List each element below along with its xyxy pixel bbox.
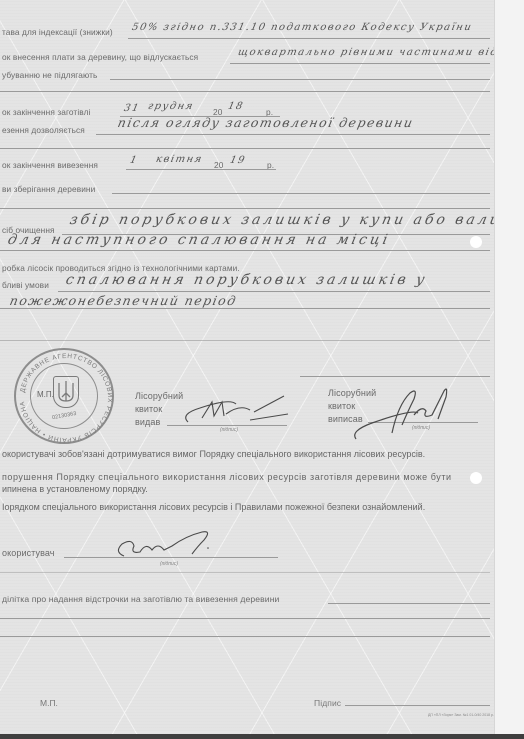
issued-sig-caption: (підпис) bbox=[220, 427, 238, 433]
removal-allowed-value: після огляду заготовленої деревини bbox=[116, 115, 415, 130]
punch-hole bbox=[470, 472, 482, 484]
footer-signature-line bbox=[345, 705, 490, 706]
written-sig-caption: (підпис) bbox=[412, 425, 430, 431]
deferral-line-3 bbox=[0, 636, 490, 637]
violation-text-1: порушення Порядку спеціального використа… bbox=[2, 472, 452, 482]
blank-line-2 bbox=[0, 148, 490, 149]
removal-end-year: 19 bbox=[229, 155, 247, 166]
acquainted-text: Іорядком спеціального використання лісов… bbox=[2, 502, 425, 512]
official-stamp: ДЕРЖАВНЕ АГЕНТСТВО ЛІСОВИХ РЕСУРСІВ УКРА… bbox=[14, 348, 114, 444]
print-info: ДП «ПЛ «Зоря» Зам. №1 01-0/40 2018 р. bbox=[428, 713, 494, 717]
page-right-margin bbox=[494, 0, 524, 734]
special-underline-2 bbox=[0, 308, 490, 309]
cleaning-value-1: збір порубкових залишків у купи або вали bbox=[68, 212, 503, 228]
cleaning-underline-2 bbox=[0, 250, 490, 251]
written-signature bbox=[352, 385, 482, 445]
footer-mp: М.П. bbox=[40, 698, 58, 708]
removal-end-month: квітня bbox=[155, 154, 204, 165]
blank-line-3 bbox=[0, 208, 490, 209]
not-subject-label: убуванню не підлягають bbox=[2, 70, 97, 80]
removal-end-day: 1 bbox=[129, 155, 139, 166]
harvest-end-day: 31 bbox=[123, 103, 141, 114]
storage-label: ви зберігання деревини bbox=[2, 184, 95, 194]
issued-title-3: видав bbox=[135, 417, 160, 427]
user-sig-caption: (підпис) bbox=[160, 561, 178, 567]
cleaning-value-2: для наступного спалювання на місці bbox=[6, 232, 392, 248]
harvest-end-label: ок закінчення заготівлі bbox=[2, 107, 90, 117]
blank-line-1 bbox=[0, 91, 490, 92]
removal-end-underline bbox=[126, 169, 276, 170]
indexation-value: 50% згідно п.331.10 податкового Кодексу … bbox=[131, 22, 474, 33]
punch-hole bbox=[470, 236, 482, 248]
special-value-1: спалювання порубкових залишків у bbox=[64, 272, 429, 288]
issued-title-1: Лісорубний bbox=[135, 391, 183, 401]
special-underline-1 bbox=[58, 291, 490, 292]
blank-line-5 bbox=[300, 376, 490, 377]
indexation-underline bbox=[128, 38, 490, 39]
user-signature-label: окористувач bbox=[2, 548, 55, 558]
deferral-underline bbox=[328, 603, 490, 604]
removal-allowed-label: езення дозволяється bbox=[2, 125, 85, 135]
scan-bottom-edge bbox=[0, 734, 524, 739]
removal-allowed-underline bbox=[96, 134, 490, 135]
issued-title-2: квиток bbox=[135, 404, 162, 414]
special-value-2: пожежонебезпечний період bbox=[8, 293, 238, 308]
not-subject-underline bbox=[110, 79, 490, 80]
blank-line-6 bbox=[0, 572, 490, 573]
payment-underline bbox=[230, 63, 490, 64]
storage-underline bbox=[112, 193, 490, 194]
blank-line-4 bbox=[0, 340, 490, 341]
removal-end-label: ок закінчення вивезення bbox=[2, 160, 98, 170]
harvest-end-year: 18 bbox=[227, 101, 245, 112]
deferral-line-2 bbox=[0, 618, 490, 619]
harvest-end-month: грудня bbox=[147, 101, 195, 112]
indexation-label: тава для індексації (знижки) bbox=[2, 27, 113, 37]
stamp-mp: М.П. bbox=[37, 390, 54, 399]
special-label: бливі умови bbox=[2, 280, 49, 290]
deferral-label: ділітка про надання відстрочки на заготі… bbox=[2, 594, 279, 604]
user-signature bbox=[112, 530, 222, 564]
obligation-text: окористувачі зобов'язані дотримуватися в… bbox=[2, 449, 425, 459]
payment-value: щоквартально рівними частинами від суми bbox=[237, 47, 524, 58]
payment-label: ок внесення плати за деревину, що відлус… bbox=[2, 52, 198, 62]
violation-text-2: ипинена в установленому порядку. bbox=[2, 484, 148, 494]
issued-signature bbox=[180, 392, 290, 428]
footer-signature-label: Підпис bbox=[314, 698, 341, 708]
trident-icon bbox=[53, 376, 79, 408]
document-page: тава для індексації (знижки) 50% згідно … bbox=[0, 0, 524, 734]
